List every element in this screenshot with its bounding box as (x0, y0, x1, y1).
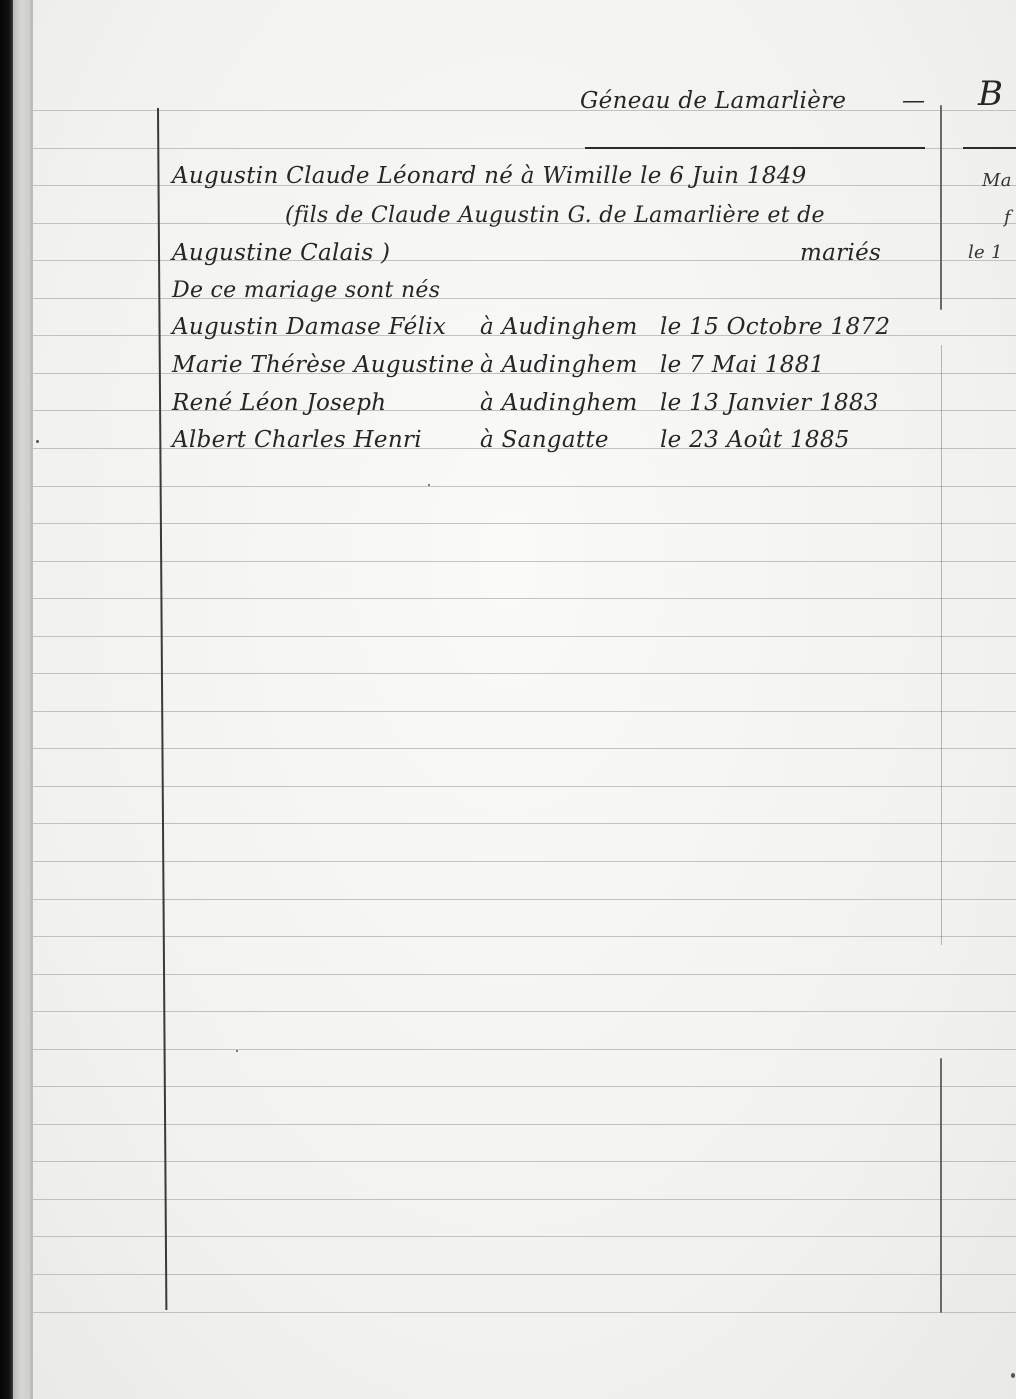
child-birthdate: le 13 Janvier 1883 (660, 390, 879, 416)
ruled-line (33, 711, 1016, 712)
child-birthplace: à Sangatte (480, 427, 609, 453)
child-name: Augustin Damase Félix (172, 314, 446, 340)
ruled-line (33, 861, 1016, 862)
facing-heading-underline (963, 147, 1016, 149)
facing-column-fragment: le 1 (968, 242, 1003, 263)
ruled-line (33, 1011, 1016, 1012)
child-birthplace: à Audinghem (480, 390, 638, 416)
facing-column-fragment: f (1004, 207, 1011, 228)
ruled-line (33, 110, 1016, 111)
ruled-line (33, 823, 1016, 824)
record-line-mother: Augustine Calais ) (172, 240, 390, 266)
ruled-line (33, 936, 1016, 937)
record-line-parents: (fils de Claude Augustin G. de Lamarlièr… (285, 203, 825, 228)
child-name: Marie Thérèse Augustine (172, 352, 474, 378)
column-divider-middle (941, 345, 942, 945)
ruled-line (33, 1312, 1016, 1313)
record-line-birth: Augustin Claude Léonard né à Wimille le … (172, 163, 807, 189)
ruled-line (33, 899, 1016, 900)
book-binding-fold (30, 0, 33, 1399)
child-birthdate: le 23 Août 1885 (660, 427, 850, 453)
ruled-line (33, 1049, 1016, 1050)
register-heading: Géneau de Lamarlière (580, 88, 846, 114)
ruled-line (33, 523, 1016, 524)
ruled-line (33, 598, 1016, 599)
ruled-line (33, 1161, 1016, 1162)
ruled-line (33, 1086, 1016, 1087)
ink-speck (36, 440, 39, 443)
column-divider-top (940, 105, 942, 310)
child-name: Albert Charles Henri (172, 427, 422, 453)
ruled-line (33, 673, 1016, 674)
married-label: mariés (800, 240, 881, 266)
register-page: Géneau de Lamarlière — B Augustin Claude… (0, 0, 1016, 1399)
child-birthdate: le 15 Octobre 1872 (660, 314, 890, 340)
ruled-line (33, 974, 1016, 975)
ruled-line (33, 636, 1016, 637)
ruled-line (33, 1236, 1016, 1237)
ink-speck (428, 484, 430, 486)
column-divider-bottom (940, 1058, 942, 1313)
ruled-line (33, 1124, 1016, 1125)
ink-speck (236, 1050, 238, 1052)
ruled-line (33, 1274, 1016, 1275)
left-margin-line (157, 108, 167, 1310)
ruled-line (33, 786, 1016, 787)
child-name: René Léon Joseph (172, 390, 386, 416)
ink-speck (1011, 1373, 1015, 1378)
ruled-line (33, 1199, 1016, 1200)
facing-column-heading: B (978, 74, 1003, 114)
register-heading-dash: — (902, 88, 925, 114)
ruled-line (33, 748, 1016, 749)
ruled-line (33, 561, 1016, 562)
record-line-children-intro: De ce mariage sont nés (172, 278, 440, 303)
book-binding-shadow (0, 0, 13, 1399)
ruled-line (33, 486, 1016, 487)
heading-underline (585, 147, 925, 149)
child-birthplace: à Audinghem (480, 314, 638, 340)
facing-column-fragment: Ma (982, 170, 1012, 191)
child-birthplace: à Audinghem (480, 352, 638, 378)
child-birthdate: le 7 Mai 1881 (660, 352, 825, 378)
